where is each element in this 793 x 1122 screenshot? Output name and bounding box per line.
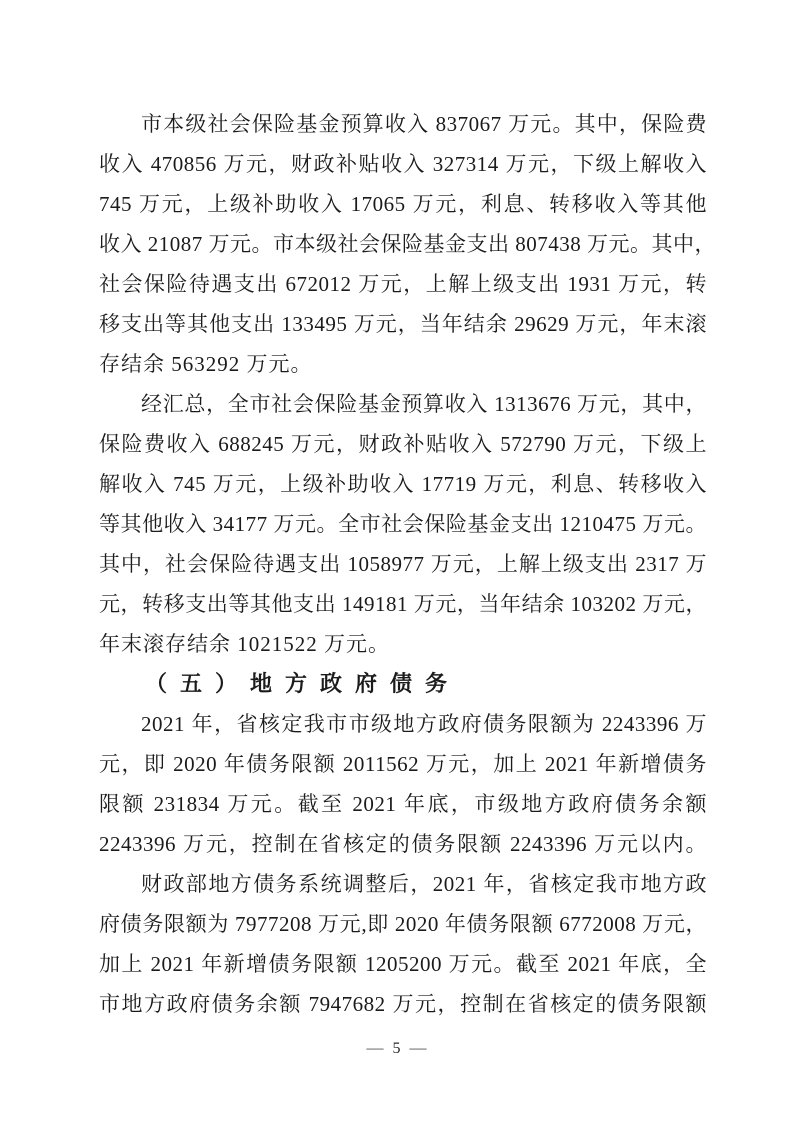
text-line: 元，即 2020 年债务限额 2011562 万元，加上 2021 年新增债务 <box>99 744 707 784</box>
document-body: 市本级社会保险基金预算收入 837067 万元。其中，保险费收入 470856 … <box>99 104 707 1024</box>
paragraph: 2021 年，省核定我市市级地方政府债务限额为 2243396 万元，即 202… <box>99 704 707 864</box>
text-line: 收入 470856 万元，财政补贴收入 327314 万元，下级上解收入 <box>99 144 707 184</box>
text-line: 限额 231834 万元。截至 2021 年底，市级地方政府债务余额 <box>99 784 707 824</box>
text-line: 2021 年，省核定我市市级地方政府债务限额为 2243396 万 <box>99 704 707 744</box>
paragraph: 财政部地方债务系统调整后，2021 年，省核定我市地方政府债务限额为 79772… <box>99 864 707 1024</box>
text-line: 存结余 563292 万元。 <box>99 344 707 384</box>
text-line: 市本级社会保险基金预算收入 837067 万元。其中，保险费 <box>99 104 707 144</box>
text-line: 等其他收入 34177 万元。全市社会保险基金支出 1210475 万元。 <box>99 504 707 544</box>
text-line: 加上 2021 年新增债务限额 1205200 万元。截至 2021 年底，全 <box>99 944 707 984</box>
footer-dash-right: — <box>410 1038 427 1057</box>
footer-dash-left: — <box>367 1038 384 1057</box>
paragraph: 经汇总，全市社会保险基金预算收入 1313676 万元，其中，保险费收入 688… <box>99 384 707 664</box>
page-footer: —5— <box>0 1036 793 1060</box>
text-line: 元，转移支出等其他支出 149181 万元，当年结余 103202 万元， <box>99 584 707 624</box>
section-heading-text: （五）地方政府债务 <box>99 664 707 704</box>
text-line: 经汇总，全市社会保险基金预算收入 1313676 万元，其中， <box>99 384 707 424</box>
text-line: 保险费收入 688245 万元，财政补贴收入 572790 万元，下级上 <box>99 424 707 464</box>
text-line: 其中，社会保险待遇支出 1058977 万元，上解上级支出 2317 万 <box>99 544 707 584</box>
page-number: 5 <box>393 1037 401 1061</box>
section-heading: （五）地方政府债务 <box>99 664 707 704</box>
text-line: 年末滚存结余 1021522 万元。 <box>99 624 707 664</box>
text-line: 745 万元，上级补助收入 17065 万元，利息、转移收入等其他 <box>99 184 707 224</box>
text-line: 社会保险待遇支出 672012 万元，上解上级支出 1931 万元，转 <box>99 264 707 304</box>
document-page: 市本级社会保险基金预算收入 837067 万元。其中，保险费收入 470856 … <box>0 0 793 1122</box>
text-line: 府债务限额为 7977208 万元,即 2020 年债务限额 6772008 万… <box>99 904 707 944</box>
text-line: 财政部地方债务系统调整后，2021 年，省核定我市地方政 <box>99 864 707 904</box>
text-line: 市地方政府债务余额 7947682 万元，控制在省核定的债务限额 <box>99 984 707 1024</box>
text-line: 2243396 万元，控制在省核定的债务限额 2243396 万元以内。 <box>99 824 707 864</box>
text-line: 解收入 745 万元，上级补助收入 17719 万元，利息、转移收入 <box>99 464 707 504</box>
paragraph: 市本级社会保险基金预算收入 837067 万元。其中，保险费收入 470856 … <box>99 104 707 384</box>
text-line: 移支出等其他支出 133495 万元，当年结余 29629 万元，年末滚 <box>99 304 707 344</box>
text-line: 收入 21087 万元。市本级社会保险基金支出 807438 万元。其中， <box>99 224 707 264</box>
